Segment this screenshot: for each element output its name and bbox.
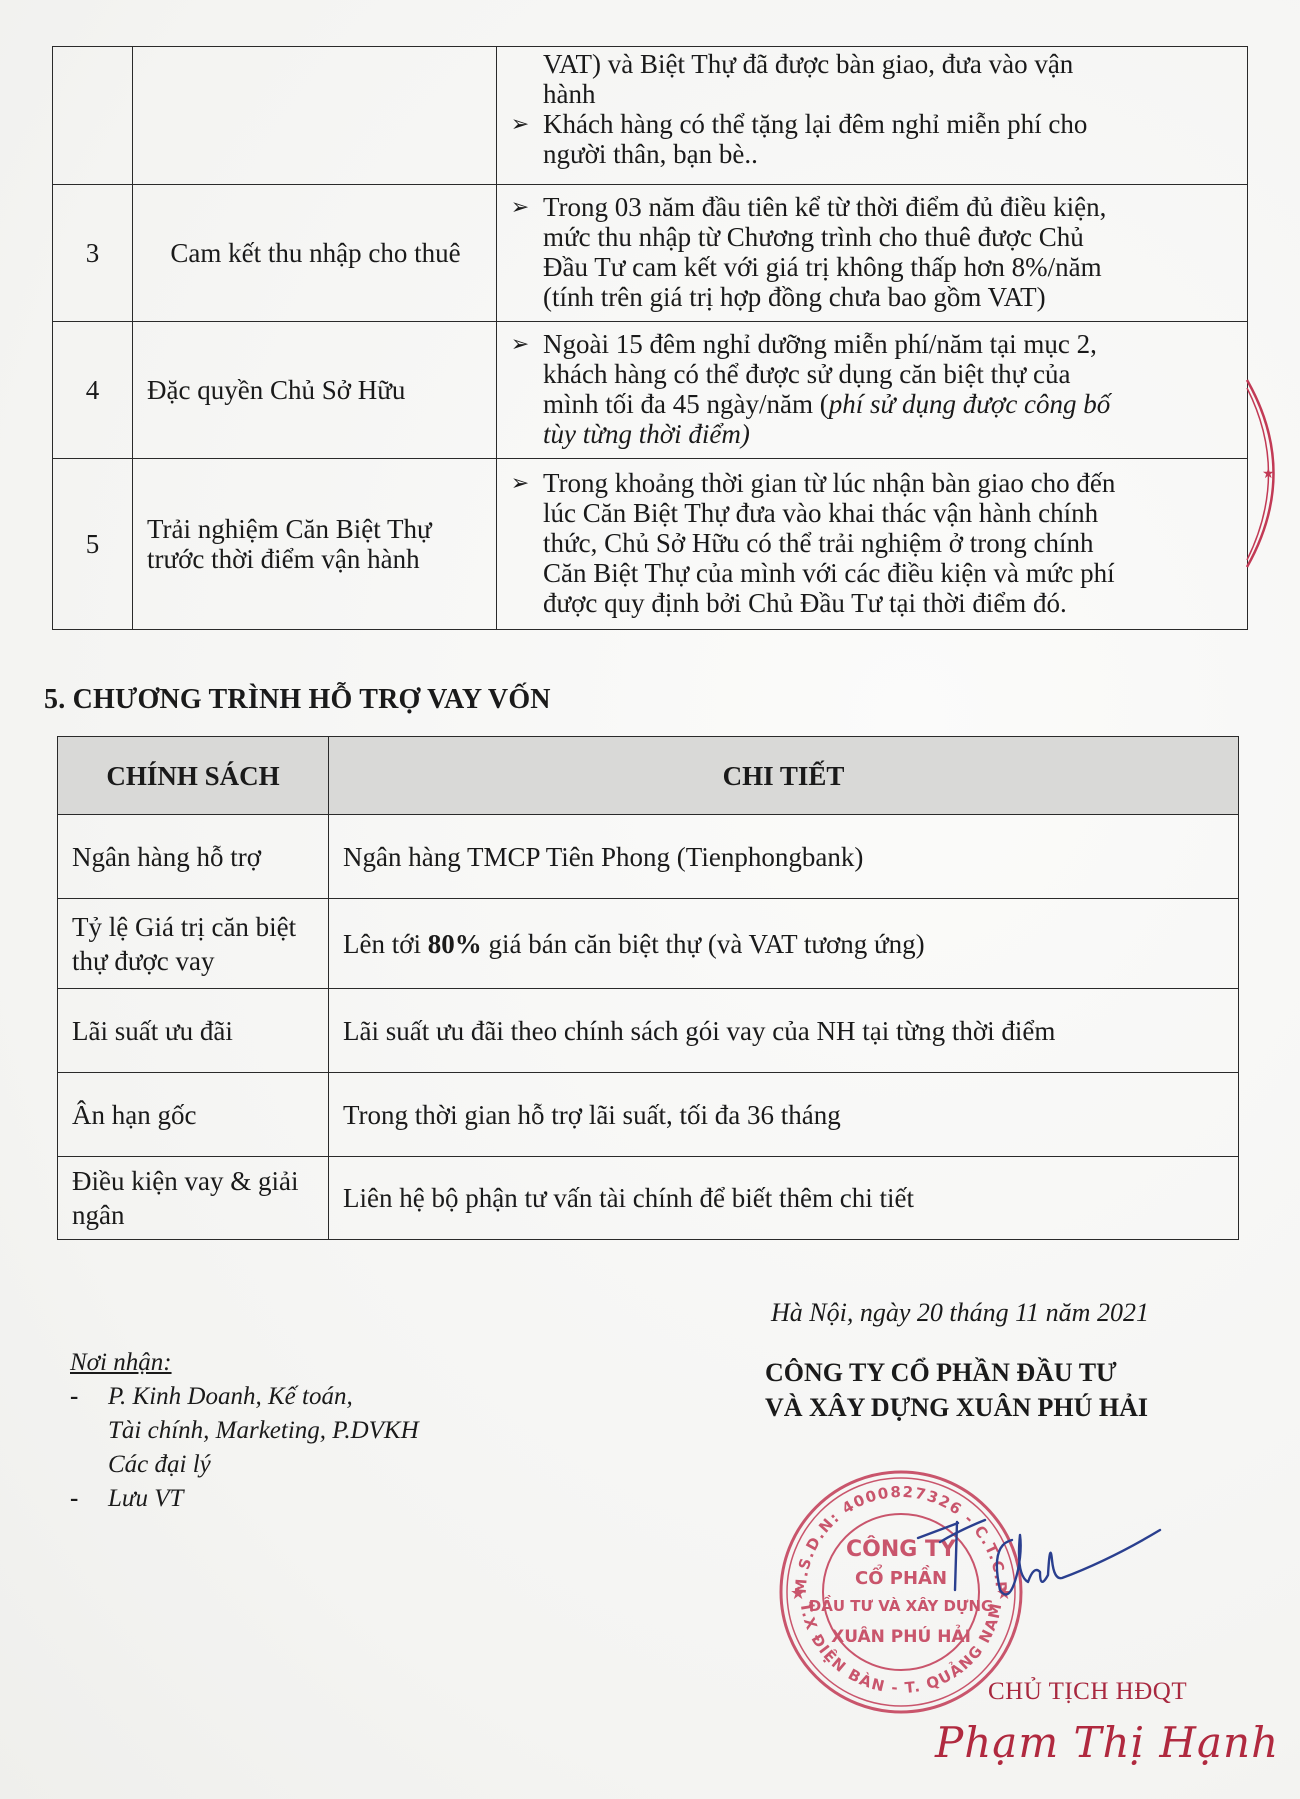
- detail-text: Lên tới: [343, 929, 428, 959]
- loan-ratio-value: 80%: [428, 929, 482, 959]
- column-header-details: CHI TIẾT: [329, 737, 1239, 815]
- detail-cell: Lãi suất ưu đãi theo chính sách gói vay …: [329, 989, 1239, 1073]
- bullet-item: ➢ Trong khoảng thời gian từ lúc nhận bàn…: [497, 468, 1237, 498]
- arrow-bullet-icon: ➢: [497, 329, 543, 359]
- detail-line: lúc Căn Biệt Thự đưa vào khai thác vận h…: [497, 498, 1237, 528]
- row-details: VAT) và Biệt Thự đã được bàn giao, đưa v…: [497, 47, 1248, 185]
- detail-cell: Trong thời gian hỗ trợ lãi suất, tối đa …: [329, 1073, 1239, 1157]
- policy-line: Tỷ lệ Giá trị căn biệt: [72, 910, 318, 944]
- company-name: CÔNG TY CỔ PHẦN ĐẦU TƯ VÀ XÂY DỰNG XUÂN …: [765, 1355, 1148, 1425]
- row-number: 5: [53, 459, 133, 630]
- row-number: [53, 47, 133, 185]
- recipients-block: Nơi nhận: - P. Kinh Doanh, Kế toán, Tài …: [70, 1346, 419, 1516]
- policy-cell: Điều kiện vay & giải ngân: [58, 1157, 329, 1240]
- signer-name: Phạm Thị Hạnh: [935, 1718, 1279, 1767]
- detail-line: được quy định bởi Chủ Đầu Tư tại thời đi…: [497, 588, 1237, 618]
- row-number: 3: [53, 185, 133, 322]
- arrow-bullet-icon: ➢: [497, 468, 543, 498]
- benefits-table: VAT) và Biệt Thự đã được bàn giao, đưa v…: [52, 46, 1248, 630]
- table-row: Lãi suất ưu đãi Lãi suất ưu đãi theo chí…: [58, 989, 1239, 1073]
- row-details: ➢ Trong khoảng thời gian từ lúc nhận bàn…: [497, 459, 1248, 630]
- table-row: Điều kiện vay & giải ngân Liên hệ bộ phậ…: [58, 1157, 1239, 1240]
- detail-line: khách hàng có thể được sử dụng căn biệt …: [497, 359, 1237, 389]
- label-line: Trải nghiệm Căn Biệt Thự: [147, 514, 484, 544]
- detail-text: mình tối đa 45 ngày/năm (: [543, 389, 829, 419]
- row-label: Cam kết thu nhập cho thuê: [133, 185, 497, 322]
- dash-bullet: -: [70, 1380, 78, 1414]
- policy-cell: Ân hạn gốc: [58, 1073, 329, 1157]
- detail-note-italic: phí sử dụng được công bố: [829, 389, 1111, 419]
- row-details: ➢ Trong 03 năm đầu tiên kể từ thời điểm …: [497, 185, 1248, 322]
- label-line: trước thời điểm vận hành: [147, 544, 484, 574]
- recipient-line: Các đại lý: [108, 1448, 419, 1482]
- detail-line: hành: [497, 79, 1237, 109]
- section-heading: 5. CHƯƠNG TRÌNH HỖ TRỢ VAY VỐN: [44, 684, 551, 716]
- detail-line: Khách hàng có thể tặng lại đêm nghỉ miễn…: [543, 109, 1237, 139]
- detail-line: Căn Biệt Thự của mình với các điều kiện …: [497, 558, 1237, 588]
- arrow-bullet-icon: ➢: [497, 192, 543, 222]
- row-label: Đặc quyền Chủ Sở Hữu: [133, 322, 497, 459]
- company-line: VÀ XÂY DỰNG XUÂN PHÚ HẢI: [765, 1390, 1148, 1425]
- recipient-line: Lưu VT: [108, 1482, 419, 1516]
- table-row: 5 Trải nghiệm Căn Biệt Thự trước thời đi…: [53, 459, 1248, 630]
- detail-line: Trong khoảng thời gian từ lúc nhận bàn g…: [543, 468, 1237, 498]
- recipient-line: Tài chính, Marketing, P.DVKH: [108, 1414, 419, 1448]
- detail-text: giá bán căn biệt thự (và VAT tương ứng): [482, 929, 925, 959]
- column-header-policy: CHÍNH SÁCH: [58, 737, 329, 815]
- table-row: Ân hạn gốc Trong thời gian hỗ trợ lãi su…: [58, 1073, 1239, 1157]
- policy-cell: Tỷ lệ Giá trị căn biệt thự được vay: [58, 899, 329, 989]
- recipients-title: Nơi nhận:: [70, 1346, 419, 1380]
- arrow-bullet-icon: ➢: [497, 109, 543, 139]
- detail-cell: Liên hệ bộ phận tư vấn tài chính để biết…: [329, 1157, 1239, 1240]
- row-label: [133, 47, 497, 185]
- table-row: 4 Đặc quyền Chủ Sở Hữu ➢ Ngoài 15 đêm ng…: [53, 322, 1248, 459]
- detail-line: VAT) và Biệt Thự đã được bàn giao, đưa v…: [497, 49, 1237, 79]
- detail-cell: Lên tới 80% giá bán căn biệt thự (và VAT…: [329, 899, 1239, 989]
- policy-line: thự được vay: [72, 944, 318, 978]
- detail-line: Đầu Tư cam kết với giá trị không thấp hơ…: [497, 252, 1237, 282]
- table-header-row: CHÍNH SÁCH CHI TIẾT: [58, 737, 1239, 815]
- loan-support-table: CHÍNH SÁCH CHI TIẾT Ngân hàng hỗ trợ Ngâ…: [57, 736, 1239, 1240]
- row-number: 4: [53, 322, 133, 459]
- row-details: ➢ Ngoài 15 đêm nghỉ dưỡng miễn phí/năm t…: [497, 322, 1248, 459]
- dash-bullet: -: [70, 1482, 78, 1516]
- recipient-item: - P. Kinh Doanh, Kế toán, Tài chính, Mar…: [70, 1380, 419, 1482]
- recipient-item: - Lưu VT: [70, 1482, 419, 1516]
- detail-line: Trong 03 năm đầu tiên kể từ thời điểm đủ…: [543, 192, 1237, 222]
- detail-line: mình tối đa 45 ngày/năm (phí sử dụng đượ…: [497, 389, 1237, 419]
- detail-line: tùy từng thời điểm): [497, 419, 1237, 449]
- detail-line: thức, Chủ Sở Hữu có thể trải nghiệm ở tr…: [497, 528, 1237, 558]
- policy-line: ngân: [72, 1198, 318, 1232]
- recipient-line: P. Kinh Doanh, Kế toán,: [108, 1380, 419, 1414]
- company-line: CÔNG TY CỔ PHẦN ĐẦU TƯ: [765, 1355, 1148, 1390]
- bullet-item: ➢ Ngoài 15 đêm nghỉ dưỡng miễn phí/năm t…: [497, 329, 1237, 359]
- bullet-item: ➢ Khách hàng có thể tặng lại đêm nghỉ mi…: [497, 109, 1237, 139]
- policy-line: Điều kiện vay & giải: [72, 1164, 318, 1198]
- detail-line: người thân, bạn bè..: [497, 139, 1237, 169]
- date-line: Hà Nội, ngày 20 tháng 11 năm 2021: [771, 1298, 1149, 1328]
- policy-cell: Ngân hàng hỗ trợ: [58, 815, 329, 899]
- detail-line: Ngoài 15 đêm nghỉ dưỡng miễn phí/năm tại…: [543, 329, 1237, 359]
- table-row: Ngân hàng hỗ trợ Ngân hàng TMCP Tiên Pho…: [58, 815, 1239, 899]
- policy-cell: Lãi suất ưu đãi: [58, 989, 329, 1073]
- table-row: Tỷ lệ Giá trị căn biệt thự được vay Lên …: [58, 899, 1239, 989]
- detail-note-italic: tùy từng thời điểm): [543, 419, 750, 449]
- detail-line: (tính trên giá trị hợp đồng chưa bao gồm…: [497, 282, 1237, 312]
- bullet-item: ➢ Trong 03 năm đầu tiên kể từ thời điểm …: [497, 192, 1237, 222]
- signer-title: CHỦ TỊCH HĐQT: [988, 1678, 1187, 1706]
- table-row: 3 Cam kết thu nhập cho thuê ➢ Trong 03 n…: [53, 185, 1248, 322]
- detail-line: mức thu nhập từ Chương trình cho thuê đư…: [497, 222, 1237, 252]
- table-row: VAT) và Biệt Thự đã được bàn giao, đưa v…: [53, 47, 1248, 185]
- row-label: Trải nghiệm Căn Biệt Thự trước thời điểm…: [133, 459, 497, 630]
- detail-cell: Ngân hàng TMCP Tiên Phong (Tienphongbank…: [329, 815, 1239, 899]
